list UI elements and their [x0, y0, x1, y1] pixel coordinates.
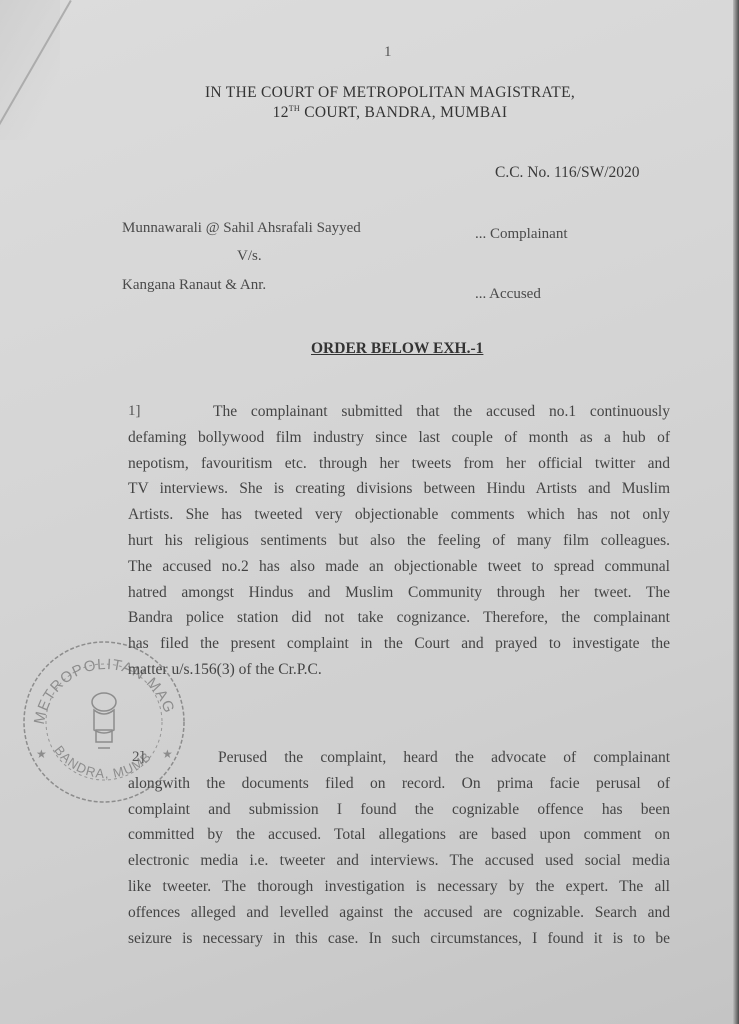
paragraph-line: The complainant submitted that the accus…: [213, 403, 670, 421]
case-number: C.C. No. 116/SW/2020: [495, 164, 640, 182]
court-location: COURT, BANDRA, MUMBAI: [300, 104, 507, 121]
court-number-suffix: TH: [289, 104, 300, 113]
paragraph-line: TV interviews. She is creating divisions…: [128, 480, 670, 498]
stamp-star-right-icon: ★: [162, 747, 173, 761]
paragraph-line: complaint and submission I found the cog…: [128, 801, 670, 819]
paragraph-line: committed by the accused. Total allegati…: [128, 826, 670, 844]
paragraph-line: defaming bollywood film industry since l…: [128, 429, 670, 447]
court-seal-stamp: METROPOLITAN MAGISTRATE BANDRA, MUMBAI ★…: [14, 630, 194, 810]
paragraph-line: seizure is necessary in this case. In su…: [128, 930, 670, 948]
accused-name: Kangana Ranaut & Anr.: [122, 277, 266, 294]
paragraph-line: like tweeter. The thorough investigation…: [128, 878, 670, 896]
complainant-role: ... Complainant: [475, 226, 568, 243]
paragraph-line: offences alleged and levelled against th…: [128, 904, 670, 922]
paragraph-line: Artists. She has tweeted very objectiona…: [128, 506, 670, 524]
paragraph-line: nepotism, favouritism etc. through her t…: [128, 455, 670, 473]
court-title-line-1: IN THE COURT OF METROPOLITAN MAGISTRATE,: [0, 84, 739, 102]
paragraph-line: Perused the complaint, heard the advocat…: [218, 749, 670, 767]
order-heading: ORDER BELOW EXH.-1: [311, 340, 483, 358]
paragraph-line: Bandra police station did not take cogni…: [128, 609, 670, 627]
paragraph-number: 1]: [128, 403, 141, 420]
accused-role: ... Accused: [475, 286, 541, 303]
document-page: 1 IN THE COURT OF METROPOLITAN MAGISTRAT…: [0, 0, 739, 1024]
paragraph-line: The accused no.2 has also made an object…: [128, 558, 670, 576]
paragraph-line: electronic media i.e. tweeter and interv…: [128, 852, 670, 870]
paragraph-line: hatred amongst Hindus and Muslim Communi…: [128, 584, 670, 602]
stamp-star-left-icon: ★: [36, 747, 47, 761]
court-number: 12: [273, 104, 289, 121]
versus-label: V/s.: [237, 248, 262, 265]
page-edge-shadow: [733, 0, 739, 1024]
paragraph-line: hurt his religious sentiments but also t…: [128, 532, 670, 550]
page-number: 1: [384, 44, 392, 61]
complainant-name: Munnawarali @ Sahil Ahsrafali Sayyed: [122, 220, 361, 237]
paragraph-line: has filed the present complaint in the C…: [128, 635, 670, 653]
paragraph-line: alongwith the documents filed on record.…: [128, 775, 670, 793]
national-emblem-icon: [92, 693, 116, 748]
court-title-line-2: 12TH COURT, BANDRA, MUMBAI: [0, 104, 739, 122]
